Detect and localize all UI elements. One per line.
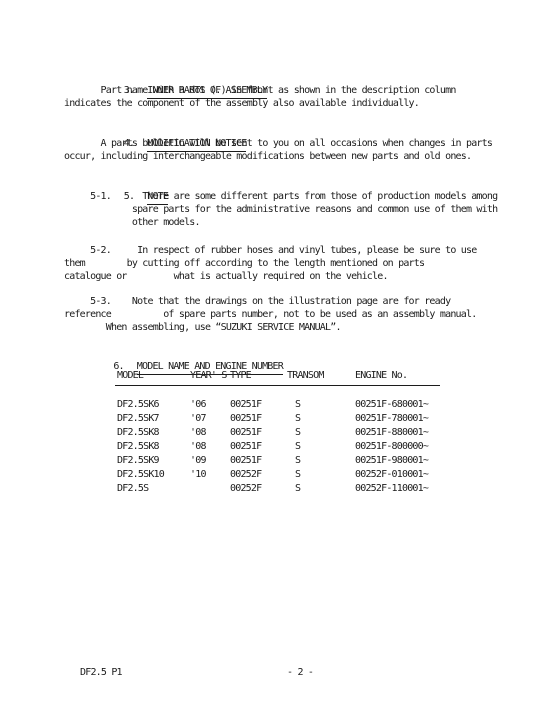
- footer-doc-code: DF2.5 P1: [80, 666, 122, 679]
- cell-engine: 00252F-010001~: [355, 468, 440, 482]
- section-4-body-line: occur, including interchangeable modific…: [64, 150, 524, 163]
- footer-page-number: - 2 -: [287, 666, 313, 679]
- cell-engine: 00251F-880001~: [355, 426, 440, 440]
- subsection-5-1: 5-1. There are some different parts from…: [64, 190, 524, 229]
- cell-type: 00251F: [230, 440, 287, 454]
- cell-year: '08: [190, 426, 230, 440]
- cell-model: DF2.5SK7: [115, 412, 190, 426]
- table-row: DF2.5SK8 '08 00251F S 00251F-880001~: [115, 426, 440, 440]
- section-5: 5.NOTE 5-1. There are some different par…: [64, 177, 524, 334]
- header-cell-type: TYPE: [230, 369, 287, 382]
- section-3-body-line: Part name with a dot (.) in front as sho…: [64, 84, 524, 97]
- cell-type: 00252F: [230, 468, 287, 482]
- section-3-heading: 3.INNER PARTS OF ASSEMBLY: [64, 71, 524, 84]
- page-content: 3.INNER PARTS OF ASSEMBLY Part name with…: [64, 71, 524, 496]
- cell-year: '06: [190, 398, 230, 412]
- cell-year: '08: [190, 440, 230, 454]
- subsection-5-1-line: spare parts for the administrative reaso…: [64, 203, 524, 216]
- cell-type: 00251F: [230, 426, 287, 440]
- header-cell-model: MODEL: [115, 369, 190, 382]
- cell-transom: S: [287, 440, 355, 454]
- cell-transom: S: [287, 468, 355, 482]
- cell-year: '09: [190, 454, 230, 468]
- subsection-5-2-line: them by cutting off according to the len…: [64, 257, 524, 270]
- subsection-5-3-line: When assembling, use “SUZUKI SERVICE MAN…: [64, 321, 524, 334]
- section-3-body-line: indicates the component of the assembly …: [64, 97, 524, 110]
- section-3: 3.INNER PARTS OF ASSEMBLY Part name with…: [64, 71, 524, 110]
- table-row: DF2.5SK10 '10 00252F S 00252F-010001~: [115, 468, 440, 482]
- cell-model: DF2.5SK6: [115, 398, 190, 412]
- cell-engine: 00251F-680001~: [355, 398, 440, 412]
- subsection-5-3-line: 5-3. Note that the drawings on the illus…: [64, 295, 524, 308]
- table-row: DF2.5SK7 '07 00251F S 00251F-780001~: [115, 412, 440, 426]
- cell-type: 00251F: [230, 454, 287, 468]
- subsection-5-2-line: 5-2. In respect of rubber hoses and viny…: [64, 244, 524, 257]
- cell-year: '07: [190, 412, 230, 426]
- subsection-5-1-line: 5-1. There are some different parts from…: [64, 190, 524, 203]
- table-header-row: MODEL YEAR' S TYPE TRANSOM ENGINE No.: [115, 369, 440, 386]
- cell-model: DF2.5SK8: [115, 426, 190, 440]
- header-cell-transom: TRANSOM: [287, 369, 355, 382]
- cell-year: [190, 482, 230, 496]
- section-6-heading: 6.MODEL NAME AND ENGINE NUMBER: [64, 347, 524, 360]
- document-page: 3.INNER PARTS OF ASSEMBLY Part name with…: [0, 0, 560, 725]
- subsection-5-1-line: other models.: [64, 216, 524, 229]
- cell-transom: S: [287, 412, 355, 426]
- cell-transom: S: [287, 482, 355, 496]
- cell-type: 00251F: [230, 412, 287, 426]
- cell-model: DF2.5S: [115, 482, 190, 496]
- subsection-5-3: 5-3. Note that the drawings on the illus…: [64, 295, 524, 334]
- section-4-heading: 4.MODIFICATION NOTICE: [64, 124, 524, 137]
- cell-type: 00251F: [230, 398, 287, 412]
- cell-year: '10: [190, 468, 230, 482]
- subsection-5-2: 5-2. In respect of rubber hoses and viny…: [64, 244, 524, 283]
- header-cell-engine: ENGINE No.: [355, 369, 440, 382]
- cell-model: DF2.5SK10: [115, 468, 190, 482]
- cell-transom: S: [287, 426, 355, 440]
- table-row: DF2.5SK6 '06 00251F S 00251F-680001~: [115, 398, 440, 412]
- cell-engine: 00252F-110001~: [355, 482, 440, 496]
- table-body: DF2.5SK6 '06 00251F S 00251F-680001~ DF2…: [115, 398, 440, 496]
- table-row: DF2.5S 00252F S 00252F-110001~: [115, 482, 440, 496]
- cell-model: DF2.5SK9: [115, 454, 190, 468]
- section-5-heading: 5.NOTE: [64, 177, 524, 190]
- table-row: DF2.5SK8 '08 00251F S 00251F-800000~: [115, 440, 440, 454]
- section-4: 4.MODIFICATION NOTICE A parts bulletin w…: [64, 124, 524, 163]
- cell-engine: 00251F-780001~: [355, 412, 440, 426]
- subsection-5-3-line: reference of spare parts number, not to …: [64, 308, 524, 321]
- cell-transom: S: [287, 398, 355, 412]
- section-4-body-line: A parts bulletin will be sent to you on …: [64, 137, 524, 150]
- cell-transom: S: [287, 454, 355, 468]
- model-engine-table: MODEL YEAR' S TYPE TRANSOM ENGINE No. DF…: [115, 369, 440, 496]
- cell-model: DF2.5SK8: [115, 440, 190, 454]
- cell-engine: 00251F-980001~: [355, 454, 440, 468]
- cell-engine: 00251F-800000~: [355, 440, 440, 454]
- subsection-5-2-line: catalogue or what is actually required o…: [64, 270, 524, 283]
- cell-type: 00252F: [230, 482, 287, 496]
- header-cell-years: YEAR' S: [190, 369, 230, 382]
- table-row: DF2.5SK9 '09 00251F S 00251F-980001~: [115, 454, 440, 468]
